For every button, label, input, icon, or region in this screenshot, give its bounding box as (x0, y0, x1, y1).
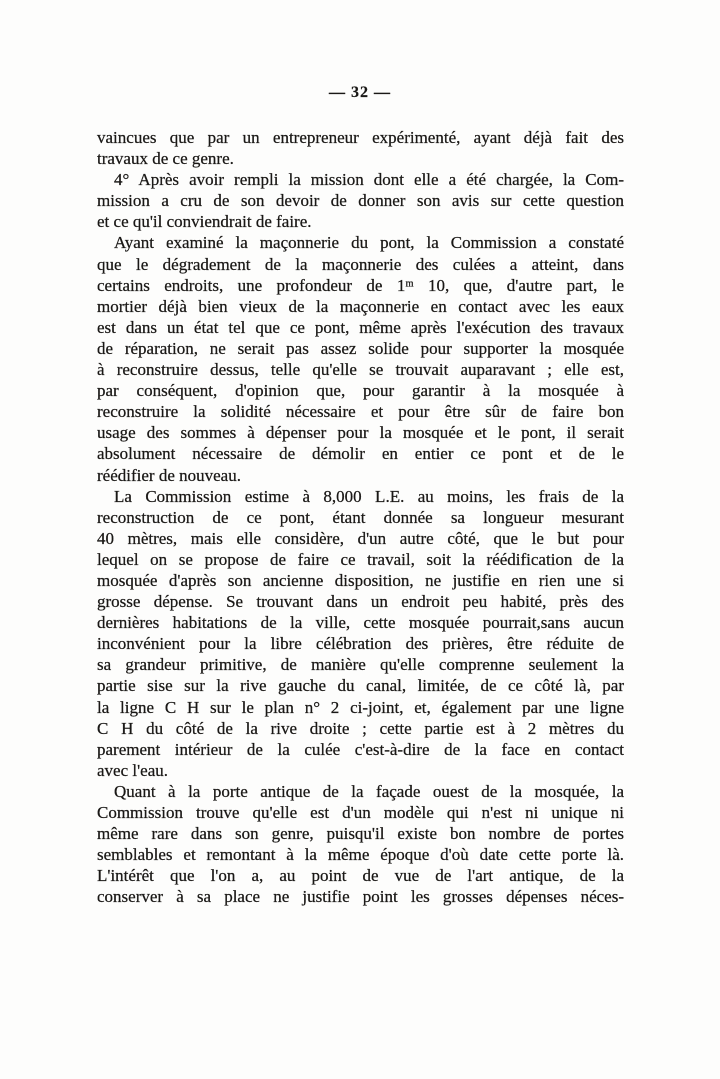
text-line: absolument nécessaire de démolir en enti… (97, 443, 624, 464)
text-line: inconvénient pour la libre célébration d… (97, 633, 624, 654)
text-line: et ce qu'il conviendrait de faire. (97, 211, 624, 232)
text-line: à reconstruire dessus, telle qu'elle se … (97, 359, 624, 380)
text-line: conserver à sa place ne justifie point l… (97, 886, 624, 907)
text-line: lequel on se propose de faire ce travail… (97, 549, 624, 570)
text-line: avec l'eau. (97, 760, 624, 781)
text-line: partie sise sur la rive gauche du canal,… (97, 675, 624, 696)
text-line: Quant à la porte antique de la façade ou… (97, 781, 624, 802)
text-block: vaincues que par un entrepreneur expérim… (97, 127, 624, 907)
text-line: grosse dépense. Se trouvant dans un endr… (97, 591, 624, 612)
text-line: certains endroits, une profondeur de 1ᵐ … (97, 275, 624, 296)
text-line: la ligne C H sur le plan n° 2 ci-joint, … (97, 697, 624, 718)
paragraph: Quant à la porte antique de la façade ou… (97, 781, 624, 908)
text-line: même rare dans son genre, puisqu'il exis… (97, 823, 624, 844)
text-line: usage des sommes à dépenser pour la mosq… (97, 422, 624, 443)
text-line: La Commission estime à 8,000 L.E. au moi… (97, 486, 624, 507)
text-line: vaincues que par un entrepreneur expérim… (97, 127, 624, 148)
text-line: que le dégradement de la maçonnerie des … (97, 254, 624, 275)
text-line: dernières habitations de la ville, cette… (97, 612, 624, 633)
text-line: sa grandeur primitive, de manière qu'ell… (97, 654, 624, 675)
text-line: C H du côté de la rive droite ; cette pa… (97, 718, 624, 739)
paragraph: 4° Après avoir rempli la mission dont el… (97, 169, 624, 232)
text-line: Commission trouve qu'elle est d'un modèl… (97, 802, 624, 823)
text-line: mosquée d'après son ancienne disposition… (97, 570, 624, 591)
paragraph: Ayant examiné la maçonnerie du pont, la … (97, 232, 624, 485)
text-line: par conséquent, d'opinion que, pour gara… (97, 380, 624, 401)
text-line: 4° Après avoir rempli la mission dont el… (97, 169, 624, 190)
paragraph: vaincues que par un entrepreneur expérim… (97, 127, 624, 169)
text-line: parement intérieur de la culée c'est-à-d… (97, 739, 624, 760)
text-line: mission a cru de son devoir de donner so… (97, 190, 624, 211)
paragraph: La Commission estime à 8,000 L.E. au moi… (97, 486, 624, 781)
text-line: mortier déjà bien vieux de la maçonnerie… (97, 296, 624, 317)
text-line: reconstruction de ce pont, étant donnée … (97, 507, 624, 528)
text-line: L'intérêt que l'on a, au point de vue de… (97, 865, 624, 886)
page-number: — 32 — (0, 84, 720, 102)
text-line: 40 mètres, mais elle considère, d'un aut… (97, 528, 624, 549)
text-line: est dans un état tel que ce pont, même a… (97, 317, 624, 338)
text-line: Ayant examiné la maçonnerie du pont, la … (97, 232, 624, 253)
text-line: reconstruire la solidité nécessaire et p… (97, 401, 624, 422)
text-line: réédifier de nouveau. (97, 465, 624, 486)
text-line: de réparation, ne serait pas assez solid… (97, 338, 624, 359)
text-line: semblables et remontant à la même époque… (97, 844, 624, 865)
text-line: travaux de ce genre. (97, 148, 624, 169)
